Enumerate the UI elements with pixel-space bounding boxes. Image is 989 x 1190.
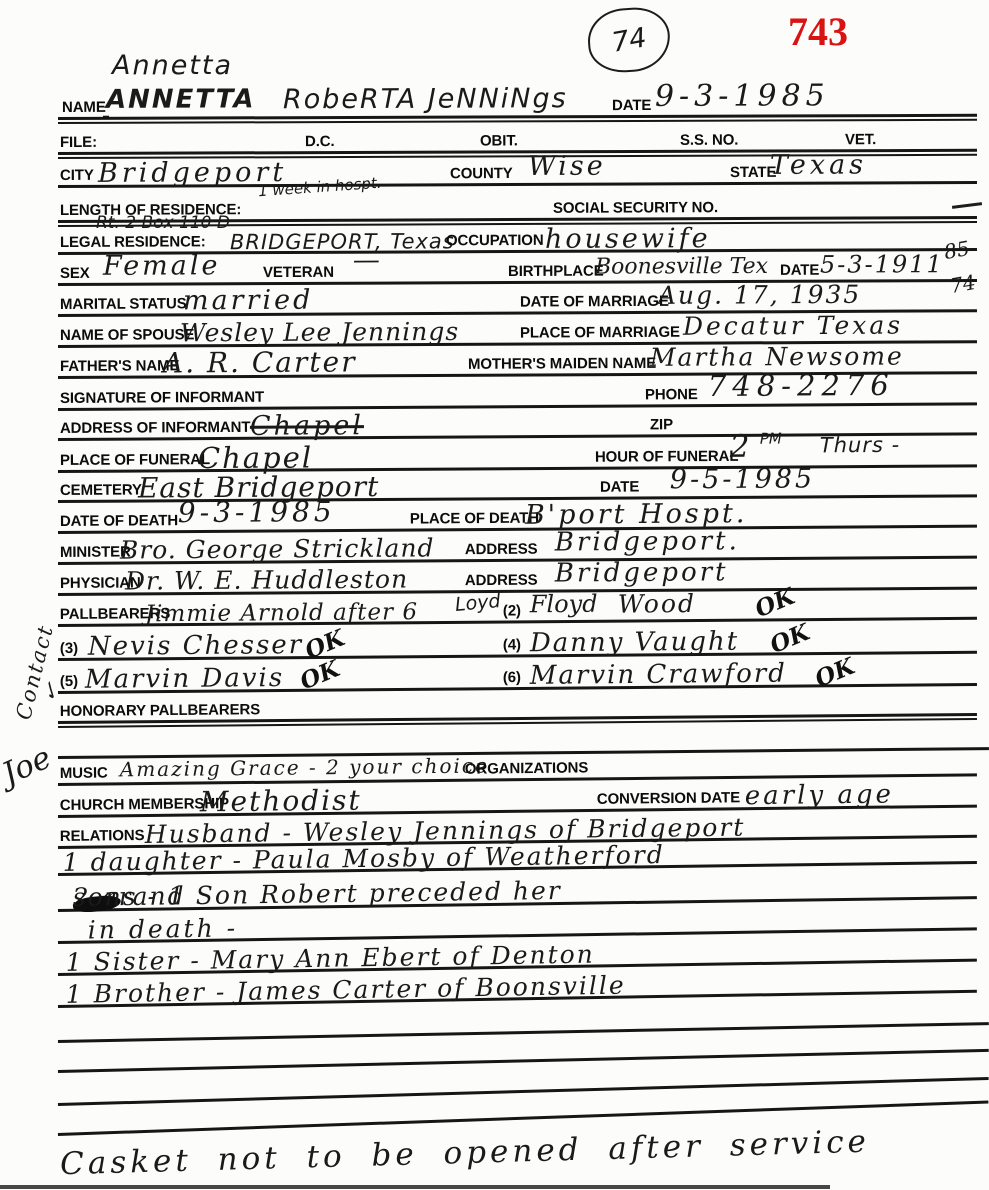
- dc-label: D.C.: [305, 133, 335, 150]
- margin-initials: Joe: [0, 740, 57, 793]
- relations-line-4: in death -: [88, 913, 239, 944]
- file-label: FILE:: [60, 134, 97, 151]
- physician-value: Dr. W. E. Huddleston: [125, 565, 408, 596]
- date-value: 9-3-1985: [655, 78, 830, 114]
- music-value: Amazing Grace - 2 your choice: [120, 753, 489, 781]
- birthplace-value: Boonesville Tex: [595, 254, 768, 280]
- funeral-record-form: 74 743 NAME ANNETTA RobeRTA JeNNiNgs DAT…: [0, 0, 989, 1190]
- pallbearer-5-value: Marvin Davis: [85, 663, 285, 695]
- date-of-death-value: 9-3-1985: [178, 495, 336, 529]
- ss-no-label: S.S. NO.: [680, 132, 738, 149]
- address-of-informant-label: ADDRESS OF INFORMANT: [60, 419, 251, 437]
- pallbearer-5-ok-mark: OK: [296, 655, 343, 695]
- pallbearer-4-ok-mark: OK: [766, 619, 813, 659]
- ruled-line: [58, 1022, 989, 1043]
- name-label: NAME: [62, 99, 106, 116]
- relations-label: RELATIONS: [60, 827, 145, 845]
- ruled-line: [58, 1077, 989, 1106]
- pallbearer-6-number: (6): [503, 669, 521, 686]
- social-security-no-label: SOCIAL SECURITY NO.: [553, 199, 718, 217]
- phone-label: PHONE: [645, 386, 698, 403]
- minister-address-label: ADDRESS: [465, 541, 538, 559]
- birth-date-value: 5-3-1911: [820, 250, 944, 279]
- margin-number-top: 85: [942, 236, 971, 264]
- margin-contact-note: Contact: [11, 622, 58, 722]
- county-label: COUNTY: [450, 165, 513, 182]
- honorary-pallbearers-label: HONORARY PALLBEARERS: [60, 701, 260, 720]
- hour-of-funeral-meridiem: PM: [760, 430, 782, 448]
- place-of-death-label: PLACE OF DEATH: [410, 510, 539, 528]
- occupation-label: OCCUPATION: [446, 232, 544, 249]
- pallbearer-3-number: (3): [60, 640, 78, 657]
- pallbearer-4-number: (4): [503, 636, 521, 653]
- date-of-marriage-value: Aug. 17, 1935: [658, 280, 862, 310]
- pallbearer-2-number: (2): [503, 602, 521, 619]
- relations-line-6: 1 Brother - James Carter of Boonsville: [66, 971, 626, 1009]
- minister-value: Bro. George Strickland: [120, 533, 435, 564]
- pallbearer-3-value: Nevis Chesser: [88, 630, 304, 662]
- place-of-funeral-label: PLACE OF FUNERAL: [60, 451, 210, 469]
- place-of-marriage-value: Decatur Texas: [683, 311, 903, 341]
- organizations-label: ORGANIZATIONS: [465, 759, 589, 777]
- name-of-spouse-label: NAME OF SPOUSE: [60, 326, 195, 344]
- sex-label: SEX: [60, 265, 90, 282]
- burial-date-value: 9-5-1985: [670, 463, 816, 495]
- city-label: CITY: [60, 167, 94, 184]
- church-membership-value: Methodist: [200, 784, 362, 819]
- scan-edge-artifact: [0, 1185, 830, 1189]
- county-value: Wise: [528, 151, 606, 182]
- pallbearer-1-value: Jimmie Arnold after 6: [145, 599, 418, 627]
- veteran-label: VETERAN: [263, 264, 334, 281]
- place-of-marriage-label: PLACE OF MARRIAGE: [520, 324, 680, 342]
- name-value: RobeRTA JeNNiNgs: [283, 83, 568, 115]
- fathers-name-value: A. R. Carter: [163, 345, 357, 379]
- pallbearers-row: PALLBEARERS Jimmie Arnold after 6 (2) Fl…: [58, 589, 977, 627]
- obit-label: OBIT.: [480, 132, 518, 149]
- ruled-line: [58, 1049, 989, 1073]
- pallbearer-2-value: Wood: [618, 589, 696, 619]
- birth-date-label: DATE: [780, 262, 819, 279]
- legal-residence-label: LEGAL RESIDENCE:: [60, 233, 206, 251]
- date-label: DATE: [612, 97, 651, 114]
- hour-of-funeral-value: 2: [730, 429, 750, 465]
- physician-address-label: ADDRESS: [465, 572, 538, 590]
- zip-label: ZIP: [650, 416, 673, 433]
- legal-residence-route-note: Rt. 2 Box 110 D: [96, 213, 230, 233]
- date-of-marriage-label: DATE OF MARRIAGE: [520, 293, 669, 311]
- cemetery-label: CEMETERY: [60, 481, 142, 499]
- name-correction-above: Annetta: [112, 50, 233, 81]
- pallbearer-2-correction-above: Loyd: [454, 590, 501, 616]
- vet-label: VET.: [845, 131, 876, 148]
- veteran-value: —: [353, 245, 380, 276]
- conversion-date-label: CONVERSION DATE: [597, 789, 740, 808]
- relations-line-2: 1 daughter - Paula Mosby of Weatherford: [63, 840, 665, 877]
- footer-casket-note: Casket not to be opened after service: [60, 1124, 871, 1183]
- address-of-informant-struck-value: Chapel: [250, 410, 364, 442]
- date-of-death-label: DATE OF DEATH: [60, 512, 178, 530]
- city-row: CITY Bridgeport COUNTY Wise STATE Texas: [58, 152, 977, 188]
- marital-status-value: married: [183, 285, 314, 317]
- birthplace-label: BIRTHPLACE: [508, 263, 604, 280]
- physician-address-value: Bridgeport: [555, 557, 729, 588]
- hour-of-funeral-day: Thurs -: [820, 433, 900, 457]
- conversion-date-value: early age: [745, 780, 894, 812]
- fathers-name-label: FATHER'S NAME: [60, 357, 180, 375]
- burial-date-label: DATE: [600, 478, 639, 495]
- signature-of-informant-label: SIGNATURE OF INFORMANT: [60, 389, 264, 407]
- music-label: MUSIC: [60, 764, 108, 782]
- name-of-spouse-value: Wesley Lee Jennings: [180, 317, 459, 347]
- phone-value: 748-2276: [708, 368, 895, 403]
- honorary-pallbearers-row: HONORARY PALLBEARERS: [58, 685, 977, 724]
- state-value: Texas: [770, 149, 867, 180]
- marital-status-label: MARITAL STATUS: [60, 295, 187, 313]
- mothers-maiden-name-label: MOTHER'S MAIDEN NAME: [468, 355, 656, 373]
- pallbearer-4-value: Danny Vaught: [530, 627, 739, 659]
- minister-address-value: Bridgeport.: [555, 526, 740, 557]
- sex-value: Female: [103, 250, 221, 282]
